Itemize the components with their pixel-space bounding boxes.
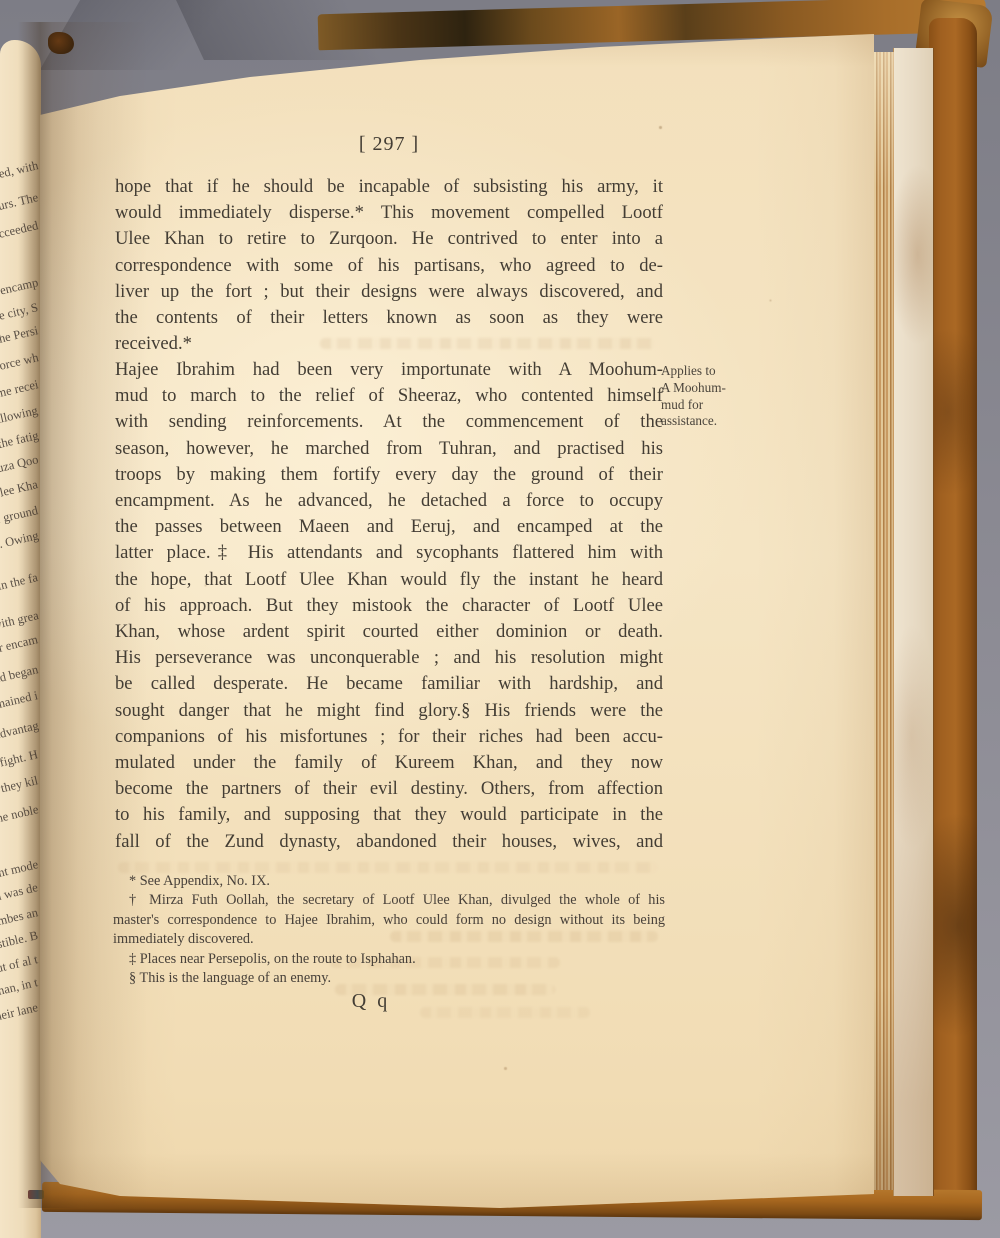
footnote-line: immediately discovered. bbox=[113, 930, 665, 949]
text-line: be called desperate. He became familiar … bbox=[115, 671, 663, 697]
text-line: fall of the Zund dynasty, abandoned thei… bbox=[115, 829, 663, 855]
facing-page-text-fragment: of the Persi bbox=[0, 323, 39, 350]
facing-page-text-fragment: in their lane bbox=[0, 1000, 39, 1028]
footnote-line: † Mirza Futh Oollah, the secretary of Lo… bbox=[113, 891, 665, 910]
text-line: become the partners of their evil destin… bbox=[115, 776, 663, 802]
facing-page-text-fragment: ensued, with bbox=[0, 158, 39, 187]
footnote-line: master's correspondence to Hajee Ibrahim… bbox=[113, 911, 665, 930]
facing-page-text-fragment: some noble bbox=[0, 802, 39, 830]
paragraph-1: hope that if he should be incapable of s… bbox=[115, 174, 663, 357]
facing-page-text-fragment: er allowing bbox=[0, 403, 39, 430]
text-line: mud to march to the relief of Sheeraz, w… bbox=[115, 383, 663, 409]
paper-speck bbox=[28, 1190, 44, 1199]
text-line: the passes between Maeen and Eeruj, and … bbox=[115, 514, 663, 540]
footnote-line: § This is the language of an enemy. bbox=[113, 969, 665, 988]
text-line: received.* bbox=[115, 331, 663, 357]
text-line: troops by making them fortify every day … bbox=[115, 462, 663, 488]
margin-note-line: A Moohum- bbox=[661, 380, 757, 397]
facing-page-text-layer: ensued, withours. Thee succeededand enca… bbox=[0, 0, 39, 1238]
margin-note-line: Applies to bbox=[661, 363, 757, 380]
text-line: to his family, and supposing that they w… bbox=[115, 802, 663, 828]
margin-note-line: assistance. bbox=[661, 413, 757, 430]
text-line: correspondence with some of his partisan… bbox=[115, 253, 663, 279]
facing-page-text-fragment: Khan, in t bbox=[0, 975, 39, 1001]
text-line: Ulee Khan to retire to Zurqoon. He contr… bbox=[115, 226, 663, 252]
facing-page-text-fragment: my. Owing bbox=[0, 528, 39, 555]
footnote-line: * See Appendix, No. IX. bbox=[113, 872, 665, 891]
text-line: of his approach. But they mistook the ch… bbox=[115, 593, 663, 619]
text-line: with sending reinforcements. At the comm… bbox=[115, 409, 663, 435]
facing-page-text-fragment: emy, they kil bbox=[0, 773, 39, 802]
text-line: encampment. As he advanced, he detached … bbox=[115, 488, 663, 514]
spine-headband-spot bbox=[48, 32, 74, 54]
text-line: companions of his misfortunes ; for thei… bbox=[115, 724, 663, 750]
facing-page-text-fragment: x advantag bbox=[0, 718, 39, 745]
text-line: sought danger that he might find glory.§… bbox=[115, 698, 663, 724]
facing-page-text-fragment: ew in the fa bbox=[0, 570, 39, 598]
foxing-dots bbox=[0, 0, 1, 1]
text-line: season, however, he marched from Tuhran,… bbox=[115, 436, 663, 462]
margin-note: Applies toA Moohum-mud forassistance. bbox=[661, 363, 757, 430]
facing-page-text-fragment: l with grea bbox=[0, 608, 39, 635]
book-cover-top-edge bbox=[318, 0, 987, 50]
text-line: liver up the fort ; but their designs we… bbox=[115, 279, 663, 305]
book-cover-right-board bbox=[929, 18, 977, 1212]
text-line: His perseverance was unconquerable ; and… bbox=[115, 645, 663, 671]
facing-page-text-fragment: and encamp bbox=[0, 275, 39, 303]
book-photograph: ensued, withours. Thee succeededand enca… bbox=[0, 0, 1000, 1238]
page-number-header: [ 297 ] bbox=[115, 133, 663, 156]
facing-page-text-fragment: cut of al t bbox=[0, 952, 39, 977]
footnotes: * See Appendix, No. IX.† Mirza Futh Ooll… bbox=[113, 872, 665, 988]
footnote-line: ‡ Places near Persepolis, on the route t… bbox=[113, 950, 665, 969]
facing-page-text-fragment: t time recei bbox=[0, 377, 39, 404]
text-line: would immediately disperse.* This moveme… bbox=[115, 200, 663, 226]
facing-page-text-fragment: e succeeded bbox=[0, 218, 39, 246]
text-line: Khan, whose ardent spirit courted either… bbox=[115, 619, 663, 645]
margin-note-line: mud for bbox=[661, 397, 757, 414]
facing-page-text-fragment: the force wh bbox=[0, 350, 39, 379]
signature-mark: Q q bbox=[97, 990, 645, 1013]
facing-page-text-fragment: l remained i bbox=[0, 688, 39, 716]
inner-board-strip bbox=[893, 48, 934, 1196]
facing-page-text-fragment: otf Ulee Kha bbox=[0, 477, 39, 506]
text-line: mulated under the family of Kureem Khan,… bbox=[115, 750, 663, 776]
facing-page-text-fragment: the ground bbox=[0, 503, 39, 530]
paragraph-2: Hajee Ibrahim had been very importunate … bbox=[115, 357, 663, 855]
facing-page-text-fragment: their encam bbox=[0, 632, 39, 660]
text-line: the contents of their letters known as s… bbox=[115, 305, 663, 331]
text-line: Hajee Ibrahim had been very importunate … bbox=[115, 357, 663, 383]
text-line: the hope, that Lootf Ulee Khan would fly… bbox=[115, 567, 663, 593]
text-line: latter place.‡ His attendants and sycoph… bbox=[115, 540, 663, 566]
facing-page-text-fragment: and began bbox=[0, 662, 39, 688]
text-line: hope that if he should be incapable of s… bbox=[115, 174, 663, 200]
facing-page-text-fragment: ours. The bbox=[0, 190, 39, 215]
facing-page-text-fragment: to fight. H bbox=[0, 747, 39, 773]
